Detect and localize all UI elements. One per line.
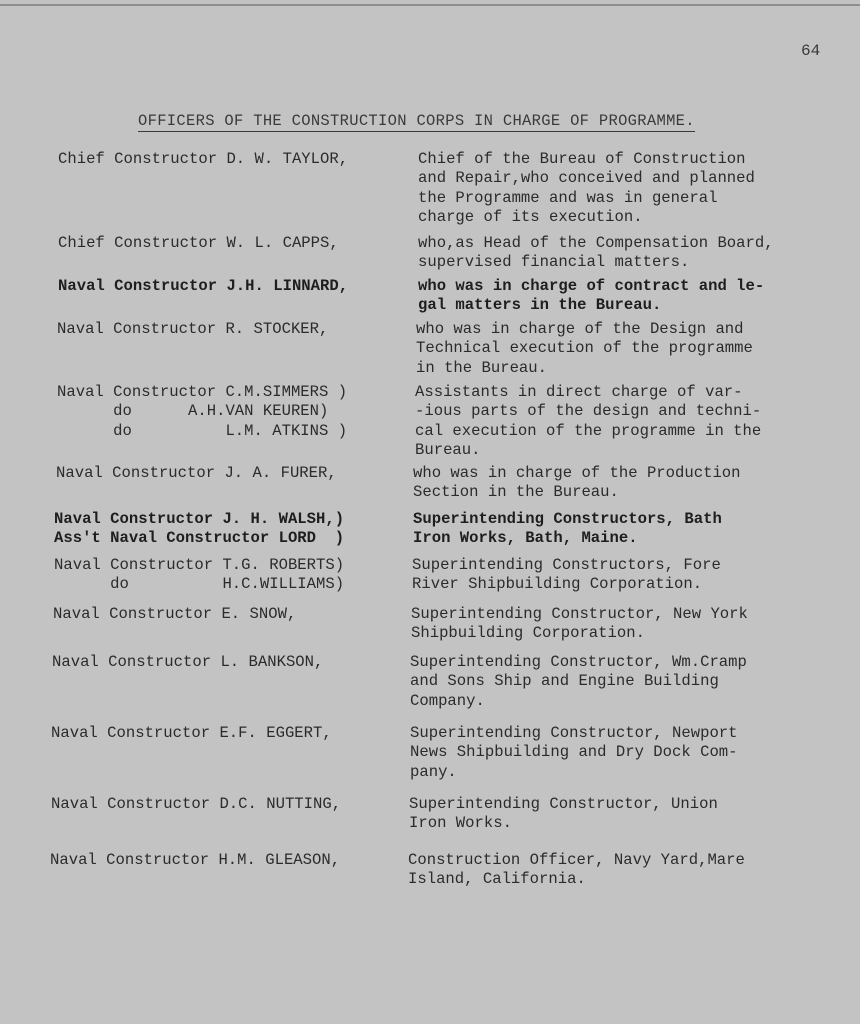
officer-duty-line: Bureau.	[415, 441, 761, 460]
officer-duty-line: cal execution of the programme in the	[415, 422, 761, 441]
officer-name: Naval Constructor E. SNOW,	[53, 605, 296, 624]
officer-duty-line: Superintending Constructor, Wm.Cramp	[410, 653, 747, 672]
officer-name-line: Naval Constructor J.H. LINNARD,	[58, 277, 348, 296]
officer-duty-line: charge of its execution.	[418, 208, 755, 227]
officer-duty-line: and Repair,who conceived and planned	[418, 169, 755, 188]
officer-name-line: Naval Constructor J. A. FURER,	[56, 464, 337, 483]
officer-duty: Superintending Constructors, BathIron Wo…	[413, 510, 722, 549]
officer-duty: who was in charge of the ProductionSecti…	[413, 464, 741, 503]
officer-name: Naval Constructor D.C. NUTTING,	[51, 795, 341, 814]
officer-duty-line: Island, California.	[408, 870, 745, 889]
officer-duty-line: Construction Officer, Navy Yard,Mare	[408, 851, 745, 870]
officer-duty-line: gal matters in the Bureau.	[418, 296, 764, 315]
officer-name: Naval Constructor J. A. FURER,	[56, 464, 337, 483]
page-number: 64	[801, 42, 820, 60]
officer-duty-line: who was in charge of the Production	[413, 464, 741, 483]
officer-duty-line: -ious parts of the design and techni-	[415, 402, 761, 421]
officer-name-line: do H.C.WILLIAMS)	[54, 575, 344, 594]
officer-name: Naval Constructor J. H. WALSH,)Ass't Nav…	[54, 510, 344, 549]
officer-duty: Assistants in direct charge of var--ious…	[415, 383, 761, 460]
officer-duty-line: pany.	[410, 763, 738, 782]
page-title: OFFICERS OF THE CONSTRUCTION CORPS IN CH…	[138, 112, 695, 132]
officer-duty-line: Section in the Bureau.	[413, 483, 741, 502]
officer-duty-line: Assistants in direct charge of var-	[415, 383, 761, 402]
officer-duty: Superintending Constructor, Wm.Crampand …	[410, 653, 747, 711]
officer-duty-line: Chief of the Bureau of Construction	[418, 150, 755, 169]
officer-name-line: Chief Constructor D. W. TAYLOR,	[58, 150, 348, 169]
officer-duty-line: and Sons Ship and Engine Building	[410, 672, 747, 691]
officer-name: Naval Constructor J.H. LINNARD,	[58, 277, 348, 296]
officer-duty: who was in charge of contract and le-gal…	[418, 277, 764, 316]
officer-name-line: Naval Constructor E. SNOW,	[53, 605, 296, 624]
officer-duty-line: who was in charge of the Design and	[416, 320, 753, 339]
officer-name: Naval Constructor C.M.SIMMERS ) do A.H.V…	[57, 383, 347, 441]
officer-name: Naval Constructor E.F. EGGERT,	[51, 724, 332, 743]
officer-duty-line: Superintending Constructors, Bath	[413, 510, 722, 529]
officer-duty-line: who was in charge of contract and le-	[418, 277, 764, 296]
officer-duty-line: who,as Head of the Compensation Board,	[418, 234, 774, 253]
officer-duty-line: Iron Works.	[409, 814, 718, 833]
officer-name-line: Naval Constructor J. H. WALSH,)	[54, 510, 344, 529]
officer-name-line: Naval Constructor E.F. EGGERT,	[51, 724, 332, 743]
officer-name-line: Ass't Naval Constructor LORD )	[54, 529, 344, 548]
officer-duty-line: Iron Works, Bath, Maine.	[413, 529, 722, 548]
officer-name-line: Chief Constructor W. L. CAPPS,	[58, 234, 339, 253]
officer-duty-line: River Shipbuilding Corporation.	[412, 575, 721, 594]
officer-duty: Chief of the Bureau of Constructionand R…	[418, 150, 755, 227]
officer-duty-line: Superintending Constructor, New York	[411, 605, 748, 624]
officer-duty-line: Shipbuilding Corporation.	[411, 624, 748, 643]
officer-duty: Superintending Constructors, ForeRiver S…	[412, 556, 721, 595]
officer-name-line: Naval Constructor R. STOCKER,	[57, 320, 328, 339]
officer-name: Naval Constructor R. STOCKER,	[57, 320, 328, 339]
officer-name: Naval Constructor H.M. GLEASON,	[50, 851, 340, 870]
officer-duty: Superintending Constructor, UnionIron Wo…	[409, 795, 718, 834]
officer-name-line: Naval Constructor C.M.SIMMERS )	[57, 383, 347, 402]
officer-duty-line: Superintending Constructor, Union	[409, 795, 718, 814]
officer-duty: who,as Head of the Compensation Board,su…	[418, 234, 774, 273]
officer-name-line: Naval Constructor D.C. NUTTING,	[51, 795, 341, 814]
officer-duty: Construction Officer, Navy Yard,MareIsla…	[408, 851, 745, 890]
officer-name-line: Naval Constructor L. BANKSON,	[52, 653, 323, 672]
officer-name: Naval Constructor T.G. ROBERTS) do H.C.W…	[54, 556, 344, 595]
officer-name-line: do A.H.VAN KEUREN)	[57, 402, 347, 421]
officer-name: Chief Constructor W. L. CAPPS,	[58, 234, 339, 253]
officer-name-line: Naval Constructor T.G. ROBERTS)	[54, 556, 344, 575]
officer-duty-line: supervised financial matters.	[418, 253, 774, 272]
officer-duty-line: Company.	[410, 692, 747, 711]
officer-name: Chief Constructor D. W. TAYLOR,	[58, 150, 348, 169]
officer-duty-line: in the Bureau.	[416, 359, 753, 378]
officer-name-line: do L.M. ATKINS )	[57, 422, 347, 441]
officer-name: Naval Constructor L. BANKSON,	[52, 653, 323, 672]
officer-duty-line: Superintending Constructors, Fore	[412, 556, 721, 575]
officer-duty-line: News Shipbuilding and Dry Dock Com-	[410, 743, 738, 762]
officer-name-line: Naval Constructor H.M. GLEASON,	[50, 851, 340, 870]
officer-duty-line: Superintending Constructor, Newport	[410, 724, 738, 743]
page-edge-line	[0, 4, 860, 6]
officer-duty: Superintending Constructor, New YorkShip…	[411, 605, 748, 644]
officer-duty: Superintending Constructor, NewportNews …	[410, 724, 738, 782]
officer-duty: who was in charge of the Design andTechn…	[416, 320, 753, 378]
officer-duty-line: Technical execution of the programme	[416, 339, 753, 358]
officer-duty-line: the Programme and was in general	[418, 189, 755, 208]
